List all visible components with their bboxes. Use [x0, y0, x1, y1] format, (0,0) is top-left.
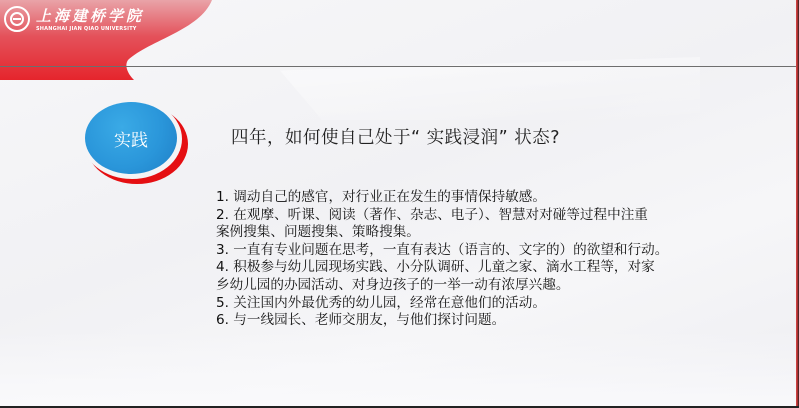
school-name-en: SHANGHAI JIAN QIAO UNIVERSITY	[36, 26, 137, 32]
header-divider	[0, 66, 799, 67]
section-badge: 实践	[85, 102, 177, 174]
list-item: 2. 在观摩、听课、阅读（著作、杂志、电子）、智慧对对碰等过程中注重	[216, 207, 776, 225]
section-badge-label: 实践	[114, 126, 148, 151]
practice-list: 1. 调动自己的感官，对行业正在发生的事情保持敏感。 2. 在观摩、听课、阅读（…	[216, 189, 776, 330]
university-seal-icon	[4, 6, 30, 32]
background-facet	[280, 30, 700, 120]
list-item: 乡幼儿园的办园活动、对身边孩子的一举一动有浓厚兴趣。	[216, 277, 776, 295]
school-name-cn: 上海建桥学院	[36, 5, 144, 26]
list-item: 案例搜集、问题搜集、策略搜集。	[216, 224, 776, 242]
background-facet	[0, 330, 799, 408]
header-band: 上海建桥学院 SHANGHAI JIAN QIAO UNIVERSITY	[0, 0, 215, 80]
list-item: 6. 与一线园长、老师交朋友，与他们探讨问题。	[216, 312, 776, 330]
list-item: 3. 一直有专业问题在思考，一直有表达（语言的、文字的）的欲望和行动。	[216, 242, 776, 260]
slide-title: 四年，如何使自己处于“ 实践浸润” 状态?	[231, 124, 560, 149]
list-item: 4. 积极参与幼儿园现场实践、小分队调研、儿童之家、滴水工程等，对家	[216, 259, 776, 277]
list-item: 1. 调动自己的感官，对行业正在发生的事情保持敏感。	[216, 189, 776, 207]
slide: 上海建桥学院 SHANGHAI JIAN QIAO UNIVERSITY 实践 …	[0, 0, 799, 408]
list-item: 5. 关注国内外最优秀的幼儿园，经常在意他们的活动。	[216, 295, 776, 313]
